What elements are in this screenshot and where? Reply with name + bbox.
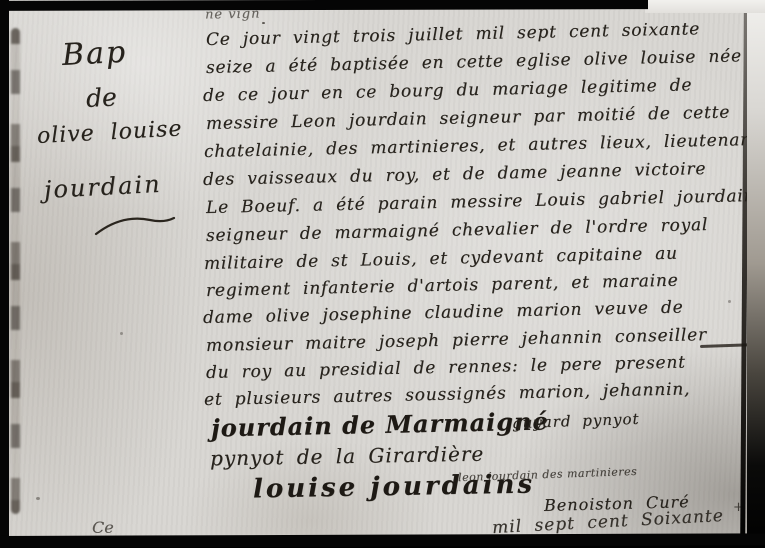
ink-speck <box>36 497 40 500</box>
bottom-cut-line-start: Ce <box>92 518 114 537</box>
margin-note-bapt: Bap <box>61 35 128 73</box>
ink-speck <box>120 332 123 335</box>
scanned-baptism-register-page: ne vign Bap de olive louise jourdain Ce … <box>0 0 765 548</box>
margin-note-de: de <box>85 82 117 113</box>
scan-frame-top <box>0 0 648 11</box>
scan-frame-right <box>747 0 765 548</box>
signature-pynyot-de-la-girardiere: pynyot de la Girardière <box>210 442 485 471</box>
scan-frame-left <box>0 0 9 548</box>
book-gutter-shadow <box>11 28 20 514</box>
scan-frame-bottom <box>0 533 765 548</box>
scan-edge-paper <box>645 0 765 13</box>
ink-speck <box>262 22 265 24</box>
margin-flourish-stroke <box>92 210 182 238</box>
